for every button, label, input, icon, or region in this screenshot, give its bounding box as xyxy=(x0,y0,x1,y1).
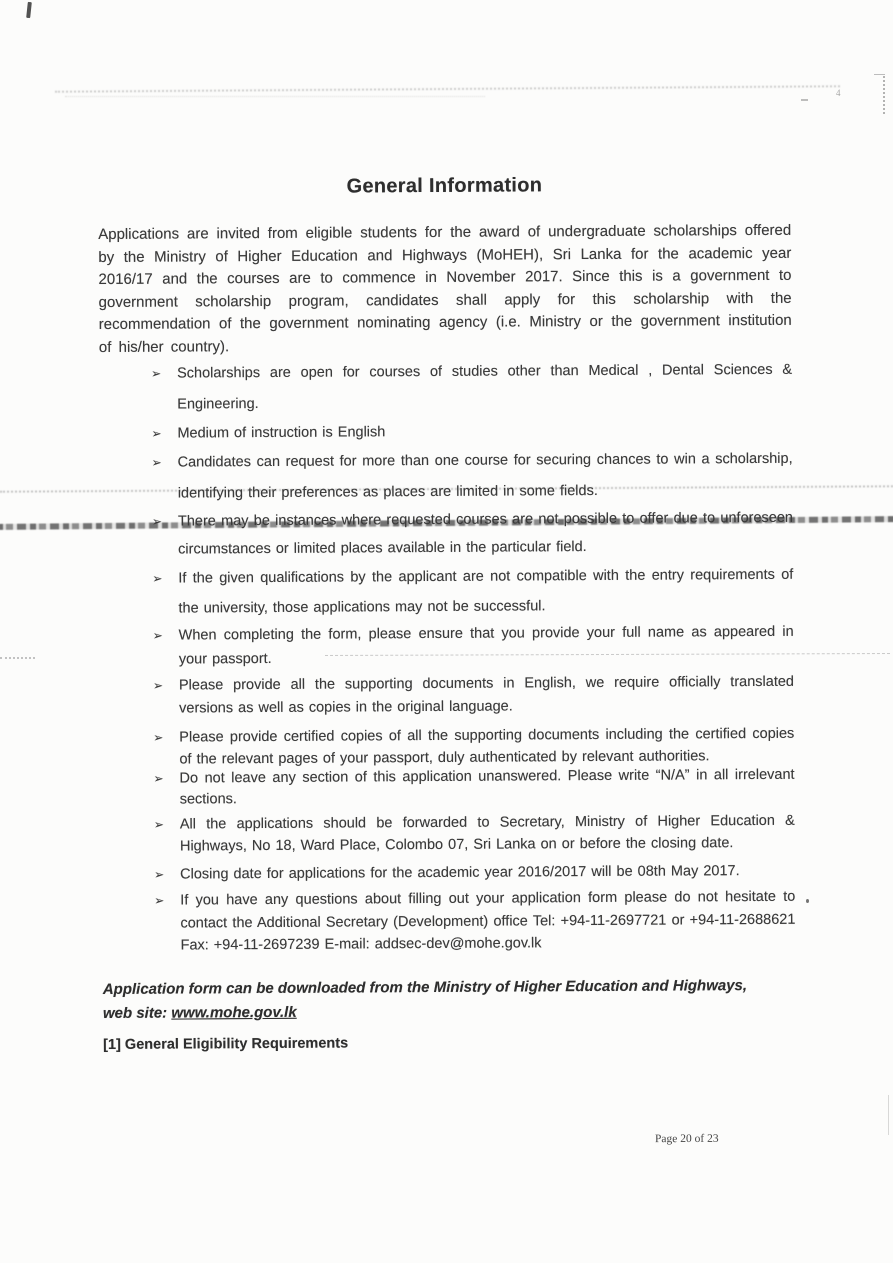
download-note: Application form can be downloaded from … xyxy=(103,973,796,1025)
scan-right-edge-line xyxy=(888,1095,889,1135)
arrow-bullet-icon: ➢ xyxy=(152,564,162,594)
bullet-text: All the applications should be forwarded… xyxy=(180,813,795,855)
list-item: ➢ Scholarships are open for courses of s… xyxy=(99,355,792,421)
bullet-text: Do not leave any section of this applica… xyxy=(179,767,794,808)
intro-paragraph: Applications are invited from eligible s… xyxy=(98,220,792,359)
arrow-bullet-icon: ➢ xyxy=(153,675,163,698)
bullet-text: Closing date for applications for the ac… xyxy=(180,863,740,882)
list-item: ➢ Please provide certified copies of all… xyxy=(101,723,794,771)
page-title: General Information xyxy=(98,172,791,200)
arrow-bullet-icon: ➢ xyxy=(152,508,162,536)
list-item: ➢ If you have any questions about fillin… xyxy=(102,886,795,958)
list-item: ➢ Do not leave any section of this appli… xyxy=(101,765,794,811)
document-page: 4 General Information Applications are i… xyxy=(0,0,893,1263)
document-content: General Information Applications are inv… xyxy=(97,0,796,1054)
bullet-text: Medium of instruction is English xyxy=(177,424,385,441)
scan-dash-mark xyxy=(801,99,808,101)
scan-stray-mark: 4 xyxy=(836,88,841,98)
bullet-text: If you have any questions about filling … xyxy=(180,889,795,954)
scan-dashed-line-left-stub xyxy=(0,657,35,659)
download-note-line1: Application form can be downloaded from … xyxy=(103,977,747,998)
scan-mark-top-left xyxy=(26,2,32,18)
page-number: Page 20 of 23 xyxy=(655,1133,719,1145)
bullet-text: Please provide all the supporting docume… xyxy=(179,674,794,717)
arrow-bullet-icon: ➢ xyxy=(154,864,164,886)
scan-corner-mark-top-right xyxy=(874,74,885,75)
download-note-line2-prefix: web site: xyxy=(103,1004,171,1021)
section-heading: [1] General Eligibility Requirements xyxy=(103,1030,796,1054)
list-item: ➢ Please provide all the supporting docu… xyxy=(101,671,794,721)
scan-dot-speck xyxy=(806,899,809,903)
arrow-bullet-icon: ➢ xyxy=(153,727,163,749)
list-item: ➢ When completing the form, please ensur… xyxy=(101,620,794,672)
bullet-text: Scholarships are open for courses of stu… xyxy=(177,362,792,413)
arrow-bullet-icon: ➢ xyxy=(151,359,161,390)
arrow-bullet-icon: ➢ xyxy=(154,890,164,913)
bullet-list: ➢ Scholarships are open for courses of s… xyxy=(99,355,796,958)
arrow-bullet-icon: ➢ xyxy=(153,769,163,790)
arrow-bullet-icon: ➢ xyxy=(151,419,161,450)
bullet-text: If the given qualifications by the appli… xyxy=(178,567,793,617)
list-item: ➢ All the applications should be forward… xyxy=(102,810,795,858)
bullet-text: Candidates can request for more than one… xyxy=(178,451,793,502)
list-item: ➢ Closing date for applications for the … xyxy=(102,860,795,886)
list-item: ➢ If the given qualifications by the app… xyxy=(100,560,793,624)
arrow-bullet-icon: ➢ xyxy=(153,624,163,648)
bullet-text: There may be instances where requested c… xyxy=(178,510,793,558)
arrow-bullet-icon: ➢ xyxy=(154,814,164,836)
bullet-text: When completing the form, please ensure … xyxy=(179,624,794,668)
bullet-text: Please provide certified copies of all t… xyxy=(179,726,794,768)
website-url: www.mohe.gov.lk xyxy=(171,1003,296,1021)
scan-vertical-dashes-top-right xyxy=(883,76,885,114)
arrow-bullet-icon: ➢ xyxy=(152,448,162,479)
list-item: ➢ Candidates can request for more than o… xyxy=(100,444,793,510)
list-item: ➢ There may be instances where requested… xyxy=(100,504,793,564)
